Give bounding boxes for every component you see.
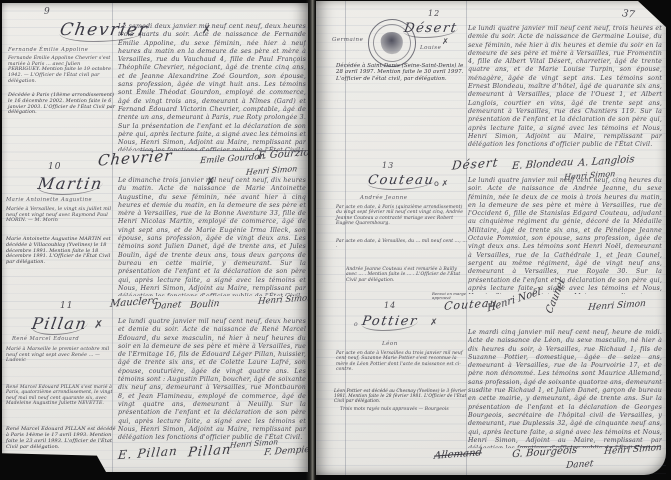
right-page: 37 12 Désert ✗ Germaine Louise Décédée à… [316,1,666,475]
given-names: Andrée Jeanne [360,195,408,201]
signature: F. Gourzio [257,147,310,162]
margin-annotation: Décédée à Saint-Denis (Seine-Saint-Denis… [336,63,464,82]
surname-text: Désert [402,21,458,38]
stamp-crest [380,31,405,56]
act-number: 9 [44,7,51,17]
act-surname-heading: Désert [403,21,459,36]
margin-annotation: Par acte en date, à Paris (quinzième arr… [336,205,468,226]
act-body-text: Le lundi quatre janvier mil neuf cent ne… [468,177,662,294]
given-names: Fernande Émilie Appoline [8,47,88,53]
signature: Pillan [187,442,232,460]
left-page: 9 Chevrier ✗ Fernande Émilie Appoline Fe… [2,3,308,472]
margin-annotation: Par acte en date à Versailles du trois j… [336,351,466,372]
deceased-cross-icon: o ✗ [434,179,448,188]
margin-annotation: Mariée à Versailles, le vingt six juille… [6,207,114,224]
margin-circle-mark: o [354,321,358,328]
act-number: 12 [428,9,440,18]
surname-text: Pottier [360,314,418,331]
signature: Henri Simon [588,299,647,313]
signature: A. Langlois [577,154,635,169]
act-surname-heading: Martin [36,174,104,193]
signature: Danet [566,459,594,471]
margin-annotation: René Marcel Edouard PILLAN s'est marié à… [6,385,114,407]
given-names: Marie Antoinette Augustine [6,197,92,203]
margin-annotation: Décédée à Paris (18ème arrondissement) l… [8,93,116,116]
act-body-text: Le lundi quatre janvier mil neuf cent ne… [118,318,306,442]
act-number: 10 [48,162,61,172]
deceased-cross-icon: ✗ [442,37,449,46]
act-surname-heading: Pillan [30,314,89,333]
margin-annotation: Par acte en date, à Versailles, du … mil… [336,239,468,250]
signature: Désert [451,155,499,172]
signature: Allemand [433,447,482,461]
deceased-cross-icon: ✗ [94,318,103,331]
margin-annotation: Fernande Émilie Appoline Chevrier s'est … [8,56,114,84]
act-body-text: Le dimanche trois janvier mil neuf cent … [118,177,306,296]
given-name-first: Germaine [332,37,363,43]
margin-annotation: Marie Antoinette Augustine MARTIN est dé… [6,237,116,266]
given-names: René Marcel Edouard [12,336,79,342]
given-name-second: Louise [420,45,441,51]
surname-text: Martin [36,174,104,195]
signature: Danet [154,300,182,312]
signature: Emile Gourdon [200,152,266,167]
act-number: 13 [382,161,394,170]
act-surname-heading: Couteau [367,173,436,188]
signature: E. Pillan [117,444,178,462]
act-body-text: Le samedi deux janvier mil neuf cent neu… [118,23,306,151]
margin-annotation: René Marcel Edouard PILLAN est décédé à … [6,427,116,451]
signature: Chevrier [97,146,173,169]
deceased-cross-icon: ✗ [430,318,438,328]
act-number: 11 [60,301,73,311]
margin-annotation: Trois mots rayés nuls approuvés — Bourge… [340,407,462,412]
margin-annotation: Andrée Jeanne Couteau s'est remariée à B… [346,267,466,283]
margin-annotation: Marié à Marseille le premier octobre mil… [6,347,114,364]
signature: Mauclerc [109,295,158,309]
act-body-text: Le mardi cinq janvier mil neuf cent neuf… [468,329,662,448]
given-names: Léon [382,341,398,347]
margin-annotation: Léon Pottier est décédé au Chesnay (Yvel… [334,389,468,404]
surname-text: Pillan [30,314,89,335]
signature: E. Blondeau [511,157,573,172]
signature: Henri Simon [246,164,298,177]
signature: Boulin [190,299,220,311]
act-number: 14 [384,301,396,310]
surname-text: Couteau [366,173,435,190]
act-surname-heading: Pottier [361,314,419,329]
folio-number: 37 [621,8,635,21]
act-body-text: Le lundi quatre janvier mil neuf cent ne… [468,25,662,156]
